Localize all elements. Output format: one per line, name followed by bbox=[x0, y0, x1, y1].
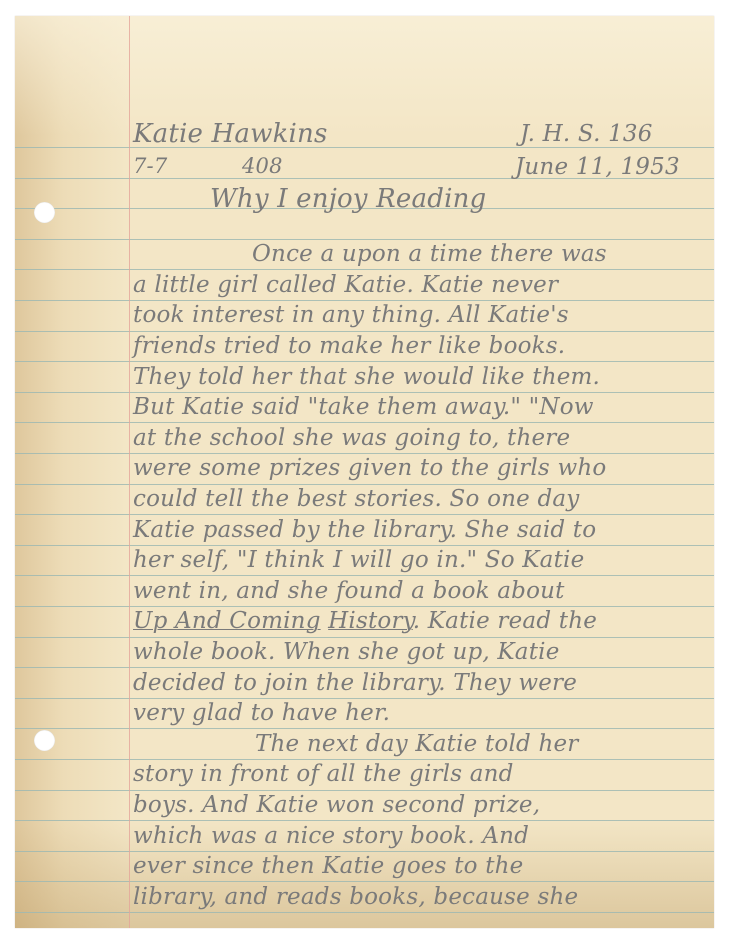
essay-line: The next day Katie told her bbox=[255, 733, 578, 756]
ruled-line bbox=[15, 422, 714, 423]
notebook-page: Katie Hawkins 7-7 408 J. H. S. 136 June … bbox=[15, 16, 714, 928]
ruled-line bbox=[15, 239, 714, 240]
essay-line: whole book. When she got up, Katie bbox=[133, 641, 560, 664]
essay-line: They told her that she would like them. bbox=[133, 366, 600, 389]
student-name: Katie Hawkins bbox=[133, 121, 328, 147]
ruled-line bbox=[15, 881, 714, 882]
ruled-line bbox=[15, 728, 714, 729]
essay-line: were some prizes given to the girls who bbox=[133, 457, 606, 480]
essay-date: June 11, 1953 bbox=[515, 156, 680, 179]
essay-line: her self, "I think I will go in." So Kat… bbox=[133, 549, 584, 572]
ruled-line bbox=[15, 545, 714, 546]
ruled-line bbox=[15, 667, 714, 668]
ruled-line bbox=[15, 453, 714, 454]
essay-line: story in front of all the girls and bbox=[133, 763, 514, 786]
essay-title: Why I enjoy Reading bbox=[210, 186, 486, 212]
ruled-line bbox=[15, 575, 714, 576]
ruled-line bbox=[15, 759, 714, 760]
essay-line: Katie passed by the library. She said to bbox=[133, 519, 596, 542]
essay-line: ever since then Katie goes to the bbox=[133, 855, 523, 878]
ruled-line bbox=[15, 698, 714, 699]
essay-line: very glad to have her. bbox=[133, 702, 390, 725]
essay-line: Once a upon a time there was bbox=[252, 243, 607, 266]
school-name: J. H. S. 136 bbox=[520, 123, 653, 146]
ruled-line bbox=[15, 331, 714, 332]
essay-line: at the school she was going to, there bbox=[133, 427, 570, 450]
ruled-line bbox=[15, 392, 714, 393]
essay-line: took interest in any thing. All Katie's bbox=[133, 304, 569, 327]
class-section: 7-7 bbox=[133, 156, 167, 177]
ruled-line bbox=[15, 361, 714, 362]
essay-line: Up And Coming History. Katie read the bbox=[133, 610, 597, 633]
ruled-line bbox=[15, 820, 714, 821]
ruled-line bbox=[15, 484, 714, 485]
ruled-line bbox=[15, 514, 714, 515]
ruled-line bbox=[15, 912, 714, 913]
ruled-line bbox=[15, 606, 714, 607]
essay-line: which was a nice story book. And bbox=[133, 825, 529, 848]
essay-line: went in, and she found a book about bbox=[133, 580, 565, 603]
margin-line bbox=[129, 16, 130, 928]
paper-aging bbox=[15, 16, 714, 136]
ruled-line bbox=[15, 851, 714, 852]
room-number: 408 bbox=[242, 156, 283, 177]
hole-punch bbox=[34, 202, 55, 223]
essay-line: could tell the best stories. So one day bbox=[133, 488, 580, 511]
essay-line: But Katie said "take them away." "Now bbox=[133, 396, 594, 419]
ruled-line bbox=[15, 147, 714, 148]
ruled-line bbox=[15, 790, 714, 791]
ruled-line bbox=[15, 637, 714, 638]
underlined-title-part: Up And Coming bbox=[133, 608, 321, 634]
ruled-line bbox=[15, 269, 714, 270]
essay-line: boys. And Katie won second prize, bbox=[133, 794, 540, 817]
essay-line: library, and reads books, because she bbox=[133, 886, 578, 909]
hole-punch bbox=[34, 730, 55, 751]
ruled-line bbox=[15, 300, 714, 301]
essay-line: a little girl called Katie. Katie never bbox=[133, 274, 558, 297]
essay-line: friends tried to make her like books. bbox=[133, 335, 565, 358]
essay-line-remainder: . Katie read the bbox=[413, 608, 597, 634]
underlined-title-part: History bbox=[328, 608, 413, 634]
essay-line: decided to join the library. They were bbox=[133, 672, 577, 695]
